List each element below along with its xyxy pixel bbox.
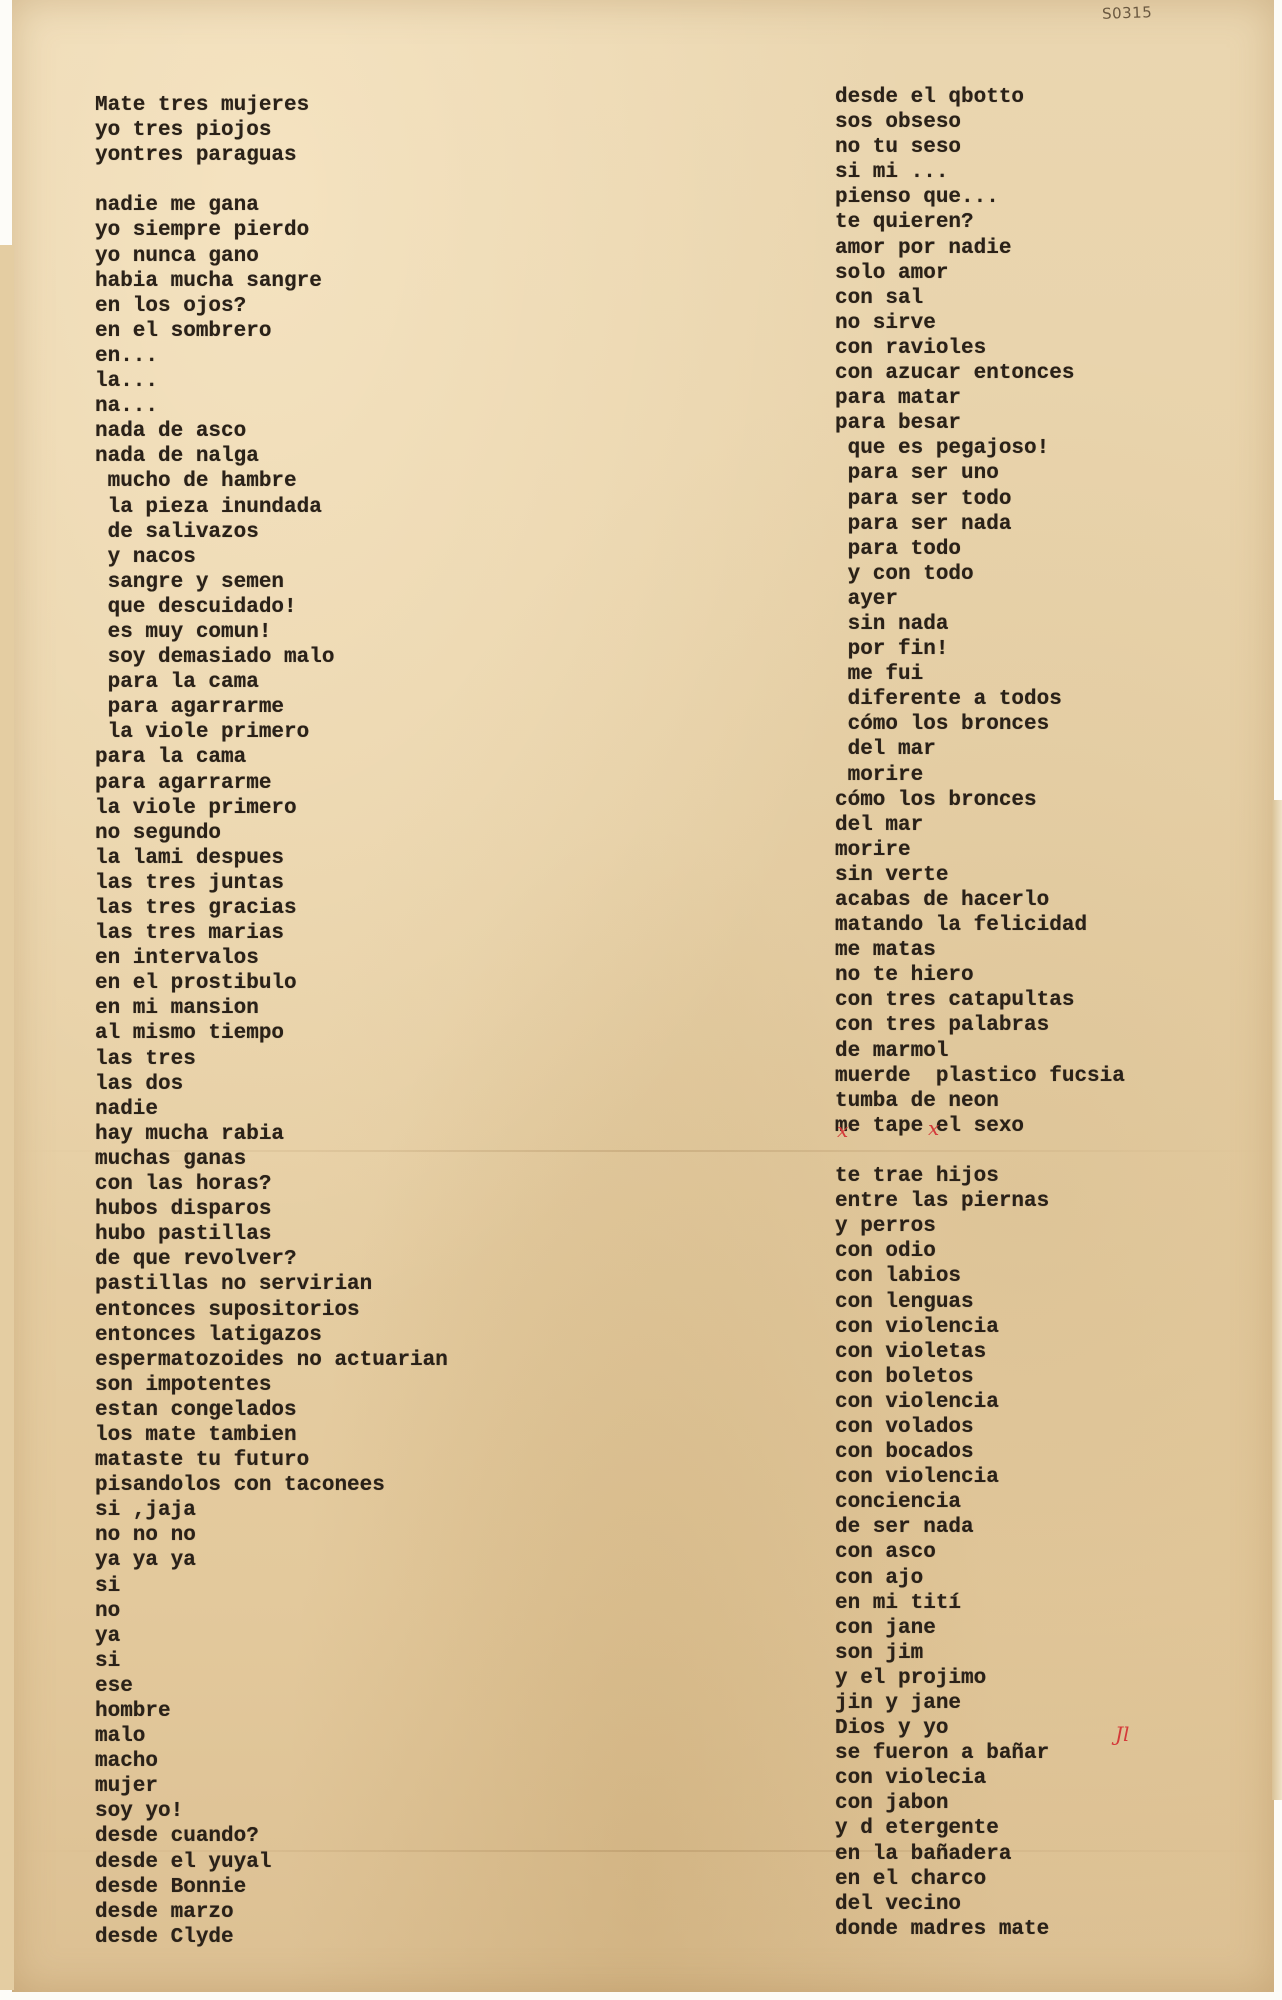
poem-line: y el projimo xyxy=(835,1666,1125,1691)
poem-line: se fueron a bañar xyxy=(835,1741,1125,1766)
poem-line: nada de asco xyxy=(95,419,448,444)
poem-line: para ser todo xyxy=(835,487,1125,512)
paper-edge-right xyxy=(1272,800,1282,1800)
poem-line: con volados xyxy=(835,1415,1125,1440)
poem-line: en... xyxy=(95,344,448,369)
poem-line: la pieza inundada xyxy=(95,495,448,520)
poem-line: pisandolos con taconees xyxy=(95,1473,448,1498)
poem-line: las tres juntas xyxy=(95,871,448,896)
poem-line: la viole primero xyxy=(95,720,448,745)
poem-line: no sirve xyxy=(835,311,1125,336)
poem-line: con jane xyxy=(835,1616,1125,1641)
poem-line: hubo pastillas xyxy=(95,1222,448,1247)
poem-line: las tres xyxy=(95,1047,448,1072)
poem-line: na... xyxy=(95,394,448,419)
poem-line: pastillas no servirian xyxy=(95,1272,448,1297)
poem-line: yo tres piojos xyxy=(95,118,448,143)
poem-line: en mi tití xyxy=(835,1591,1125,1616)
poem-line: con azucar entonces xyxy=(835,361,1125,386)
poem-line: sos obseso xyxy=(835,110,1125,135)
poem-line: hay mucha rabia xyxy=(95,1122,448,1147)
poem-line: desde cuando? xyxy=(95,1824,448,1849)
poem-line: mataste tu futuro xyxy=(95,1448,448,1473)
red-margin-note: Jl xyxy=(1115,1722,1129,1746)
poem-line: de que revolver? xyxy=(95,1247,448,1272)
poem-line: para ser uno xyxy=(835,461,1125,486)
poem-line: con ajo xyxy=(835,1566,1125,1591)
poem-line: para agarrarme xyxy=(95,771,448,796)
poem-line: no no no xyxy=(95,1523,448,1548)
poem-line: si xyxy=(95,1574,448,1599)
poem-line: por fin! xyxy=(835,637,1125,662)
poem-line: macho xyxy=(95,1749,448,1774)
poem-line: cómo los bronces xyxy=(835,788,1125,813)
poem-line: entonces latigazos xyxy=(95,1323,448,1348)
poem-line: Mate tres mujeres xyxy=(95,93,448,118)
poem-line: para la cama xyxy=(95,670,448,695)
poem-line: en la bañadera xyxy=(835,1842,1125,1867)
poem-line: con tres palabras xyxy=(835,1013,1125,1038)
poem-line: sin nada xyxy=(835,612,1125,637)
poem-line: en el charco xyxy=(835,1867,1125,1892)
poem-line: las tres marias xyxy=(95,921,448,946)
poem-line: de ser nada xyxy=(835,1515,1125,1540)
poem-line: ese xyxy=(95,1674,448,1699)
poem-line: soy yo! xyxy=(95,1799,448,1824)
poem-line: con sal xyxy=(835,286,1125,311)
poem-line: ya xyxy=(95,1624,448,1649)
poem-line: con violencia xyxy=(835,1315,1125,1340)
poem-line: no tu seso xyxy=(835,135,1125,160)
poem-line: amor por nadie xyxy=(835,236,1125,261)
poem-line: son impotentes xyxy=(95,1373,448,1398)
poem-line: yo siempre pierdo xyxy=(95,218,448,243)
poem-line: para la cama xyxy=(95,745,448,770)
poem-line: si mi ... xyxy=(835,160,1125,185)
poem-line: soy demasiado malo xyxy=(95,645,448,670)
poem-line: son jim xyxy=(835,1641,1125,1666)
poem-line: desde el qbotto xyxy=(835,85,1125,110)
poem-line: con boletos xyxy=(835,1365,1125,1390)
poem-line: de marmol xyxy=(835,1039,1125,1064)
poem-line: mujer xyxy=(95,1774,448,1799)
poem-line: con bocados xyxy=(835,1440,1125,1465)
poem-line: con asco xyxy=(835,1540,1125,1565)
poem-line: te quieren? xyxy=(835,210,1125,235)
poem-line: me tape el sexo xyxy=(835,1114,1125,1139)
poem-line: morire xyxy=(835,838,1125,863)
poem-line: mucho de hambre xyxy=(95,469,448,494)
poem-line: del mar xyxy=(835,737,1125,762)
poem-line: ya ya ya xyxy=(95,1548,448,1573)
red-insert-mark: x xyxy=(928,1116,939,1140)
poem-line: cómo los bronces xyxy=(835,712,1125,737)
poem-line: ayer xyxy=(835,587,1125,612)
poem-line: si ,jaja xyxy=(95,1498,448,1523)
poem-line xyxy=(95,168,448,193)
poem-line: las dos xyxy=(95,1072,448,1097)
archive-number: S0315 xyxy=(1102,3,1153,23)
poem-line: con violencia xyxy=(835,1390,1125,1415)
poem-line: desde Bonnie xyxy=(95,1875,448,1900)
poem-line: desde el yuyal xyxy=(95,1850,448,1875)
poem-line: con lenguas xyxy=(835,1290,1125,1315)
poem-line: no segundo xyxy=(95,821,448,846)
poem-line: con violetas xyxy=(835,1340,1125,1365)
poem-line: desde marzo xyxy=(95,1900,448,1925)
poem-line: de salivazos xyxy=(95,520,448,545)
poem-line: la lami despues xyxy=(95,846,448,871)
poem-line: sin verte xyxy=(835,863,1125,888)
poem-line: con las horas? xyxy=(95,1172,448,1197)
poem-right-column: desde el qbottosos obsesono tu sesosi mi… xyxy=(835,85,1125,1942)
poem-line: no xyxy=(95,1599,448,1624)
poem-line: muerde plastico fucsia xyxy=(835,1064,1125,1089)
poem-line: malo xyxy=(95,1724,448,1749)
poem-line: sangre y semen xyxy=(95,570,448,595)
poem-line: para matar xyxy=(835,386,1125,411)
poem-line: y con todo xyxy=(835,562,1125,587)
poem-line: y nacos xyxy=(95,545,448,570)
poem-line: tumba de neon xyxy=(835,1089,1125,1114)
poem-line: es muy comun! xyxy=(95,620,448,645)
poem-line: para todo xyxy=(835,537,1125,562)
poem-line: con odio xyxy=(835,1239,1125,1264)
poem-line: me matas xyxy=(835,938,1125,963)
poem-line: nadie xyxy=(95,1097,448,1122)
poem-line: del mar xyxy=(835,813,1125,838)
poem-line: pienso que... xyxy=(835,185,1125,210)
poem-line: nadie me gana xyxy=(95,193,448,218)
poem-line: nada de nalga xyxy=(95,444,448,469)
poem-line: la viole primero xyxy=(95,796,448,821)
poem-line: hubos disparos xyxy=(95,1197,448,1222)
poem-line: solo amor xyxy=(835,261,1125,286)
poem-line: me fui xyxy=(835,662,1125,687)
poem-line: habia mucha sangre xyxy=(95,269,448,294)
poem-line: desde Clyde xyxy=(95,1925,448,1950)
poem-line: espermatozoides no actuarian xyxy=(95,1348,448,1373)
poem-line: que es pegajoso! xyxy=(835,436,1125,461)
poem-line: Dios y yo xyxy=(835,1716,1125,1741)
poem-line: con labios xyxy=(835,1264,1125,1289)
poem-line: y d etergente xyxy=(835,1816,1125,1841)
poem-line: jin y jane xyxy=(835,1691,1125,1716)
poem-line: con violencia xyxy=(835,1465,1125,1490)
poem-line: en los ojos? xyxy=(95,294,448,319)
paper-edge-left xyxy=(0,245,14,1990)
poem-line: entonces supositorios xyxy=(95,1298,448,1323)
poem-line: en intervalos xyxy=(95,946,448,971)
poem-line: los mate tambien xyxy=(95,1423,448,1448)
poem-line: diferente a todos xyxy=(835,687,1125,712)
poem-line: del vecino xyxy=(835,1892,1125,1917)
poem-line: hombre xyxy=(95,1699,448,1724)
poem-line: yo nunca gano xyxy=(95,244,448,269)
poem-line: con tres catapultas xyxy=(835,988,1125,1013)
poem-line: para besar xyxy=(835,411,1125,436)
poem-line: estan congelados xyxy=(95,1398,448,1423)
poem-line: y perros xyxy=(835,1214,1125,1239)
poem-line: que descuidado! xyxy=(95,595,448,620)
poem-line xyxy=(835,1139,1125,1164)
poem-line: no te hiero xyxy=(835,963,1125,988)
poem-line: donde madres mate xyxy=(835,1917,1125,1942)
poem-line: para ser nada xyxy=(835,512,1125,537)
poem-line: en mi mansion xyxy=(95,996,448,1021)
poem-line: conciencia xyxy=(835,1490,1125,1515)
red-strike-mark: x xyxy=(837,1118,848,1142)
poem-line: la... xyxy=(95,369,448,394)
poem-line: matando la felicidad xyxy=(835,913,1125,938)
poem-line: en el prostibulo xyxy=(95,971,448,996)
poem-line: las tres gracias xyxy=(95,896,448,921)
poem-line: al mismo tiempo xyxy=(95,1021,448,1046)
poem-line: muchas ganas xyxy=(95,1147,448,1172)
poem-line: yontres paraguas xyxy=(95,143,448,168)
poem-line: si xyxy=(95,1649,448,1674)
poem-line: con ravioles xyxy=(835,336,1125,361)
poem-line: te trae hijos xyxy=(835,1164,1125,1189)
poem-left-column: Mate tres mujeresyo tres piojosyontres p… xyxy=(95,93,448,1950)
poem-line: con violecia xyxy=(835,1766,1125,1791)
poem-line: entre las piernas xyxy=(835,1189,1125,1214)
poem-line: morire xyxy=(835,763,1125,788)
poem-line: con jabon xyxy=(835,1791,1125,1816)
poem-line: en el sombrero xyxy=(95,319,448,344)
poem-line: para agarrarme xyxy=(95,695,448,720)
poem-line: acabas de hacerlo xyxy=(835,888,1125,913)
